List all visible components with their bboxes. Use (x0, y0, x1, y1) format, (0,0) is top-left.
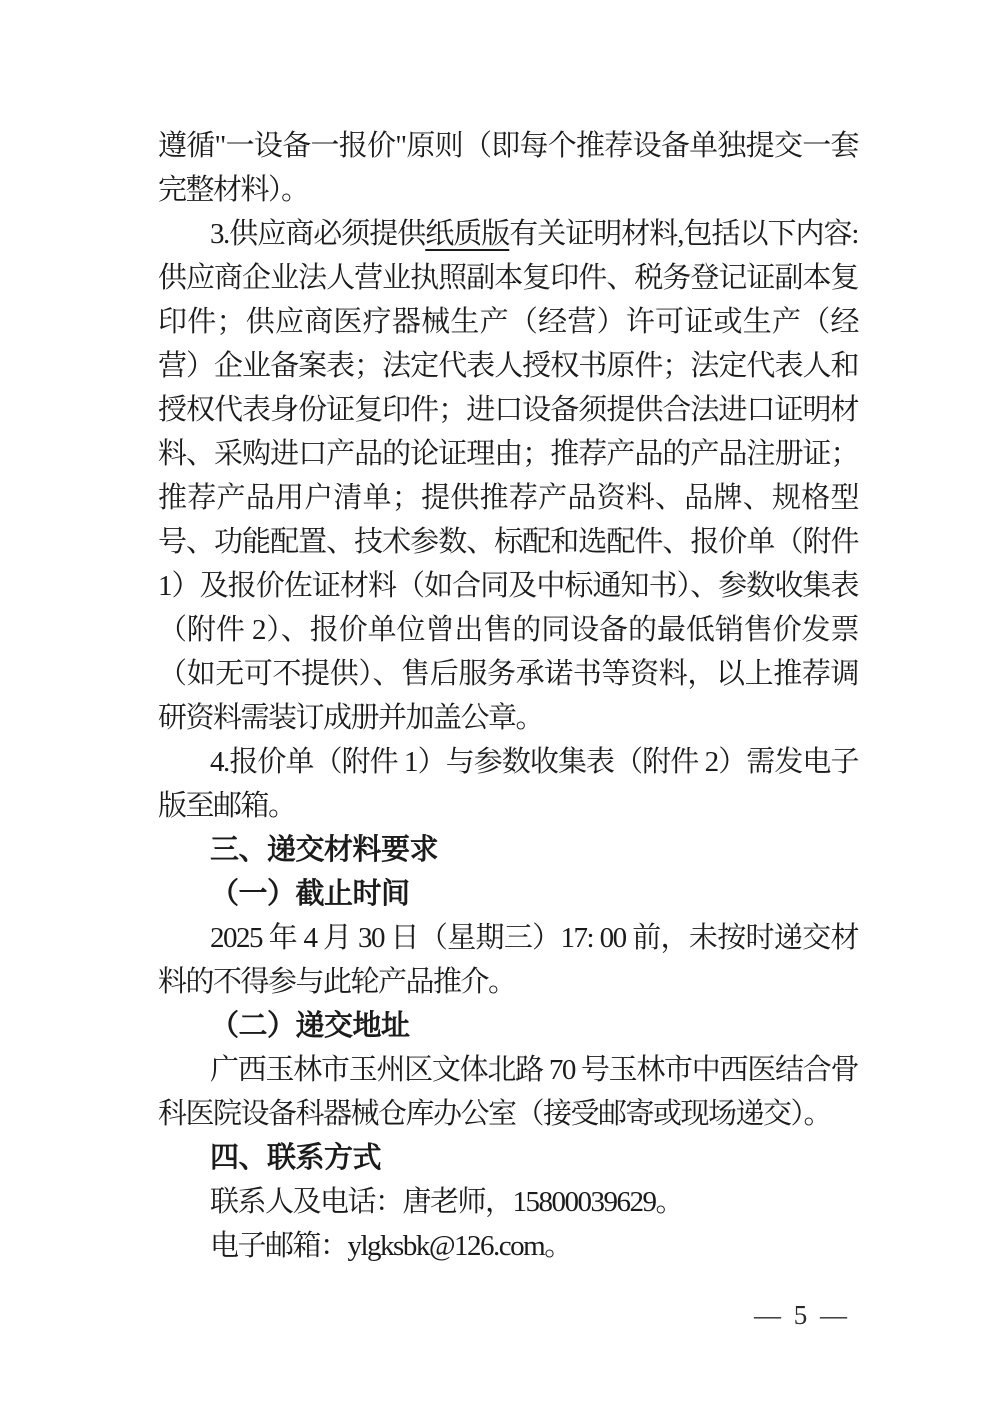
paragraph: 电子邮箱：ylgksbk@126.com。 (158, 1224, 858, 1268)
paragraph: 广西玉林市玉州区文体北路 70 号玉林市中西医结合骨科医院设备科器械仓库办公室（… (158, 1048, 858, 1136)
paragraph: 4.报价单（附件 1）与参数收集表（附件 2）需发电子版至邮箱。 (158, 740, 858, 828)
underlined-text: 纸质版 (425, 218, 509, 250)
text-run: 广西玉林市玉州区文体北路 70 号玉林市中西医结合骨科医院设备科器械仓库办公室（… (158, 1054, 858, 1130)
section-heading: 四、联系方式 (158, 1136, 858, 1180)
text-run: 2025 年 4 月 30 日（星期三）17: 00 前，未按时递交材料的不得参… (158, 922, 858, 998)
section-heading: （一）截止时间 (158, 872, 858, 916)
text-run: 遵循"一设备一报价"原则（即每个推荐设备单独提交一套完整材料）。 (158, 130, 858, 206)
text-run: 电子邮箱：ylgksbk@126.com。 (210, 1230, 572, 1262)
paragraph: 3.供应商必须提供纸质版有关证明材料,包括以下内容:供应商企业法人营业执照副本复… (158, 212, 858, 740)
text-run: 有关证明材料,包括以下内容:供应商企业法人营业执照副本复印件、税务登记证副本复印… (158, 218, 858, 734)
document-body: 遵循"一设备一报价"原则（即每个推荐设备单独提交一套完整材料）。3.供应商必须提… (158, 124, 858, 1268)
text-run: 三、递交材料要求 (210, 834, 438, 866)
text-run: 3.供应商必须提供 (210, 218, 425, 250)
page-number: — 5 — (754, 1300, 850, 1331)
paragraph: 联系人及电话：唐老师，15800039629。 (158, 1180, 858, 1224)
paragraph: 遵循"一设备一报价"原则（即每个推荐设备单独提交一套完整材料）。 (158, 124, 858, 212)
paragraph: 2025 年 4 月 30 日（星期三）17: 00 前，未按时递交材料的不得参… (158, 916, 858, 1004)
section-heading: （二）递交地址 (158, 1004, 858, 1048)
text-run: 四、联系方式 (210, 1142, 381, 1174)
text-run: 联系人及电话：唐老师，15800039629。 (210, 1186, 683, 1218)
section-heading: 三、递交材料要求 (158, 828, 858, 872)
text-run: 4.报价单（附件 1）与参数收集表（附件 2）需发电子版至邮箱。 (158, 746, 858, 822)
text-run: （二）递交地址 (210, 1010, 410, 1042)
text-run: （一）截止时间 (210, 878, 410, 910)
page: { "page": { "background": "#ffffff", "te… (0, 0, 1000, 1401)
